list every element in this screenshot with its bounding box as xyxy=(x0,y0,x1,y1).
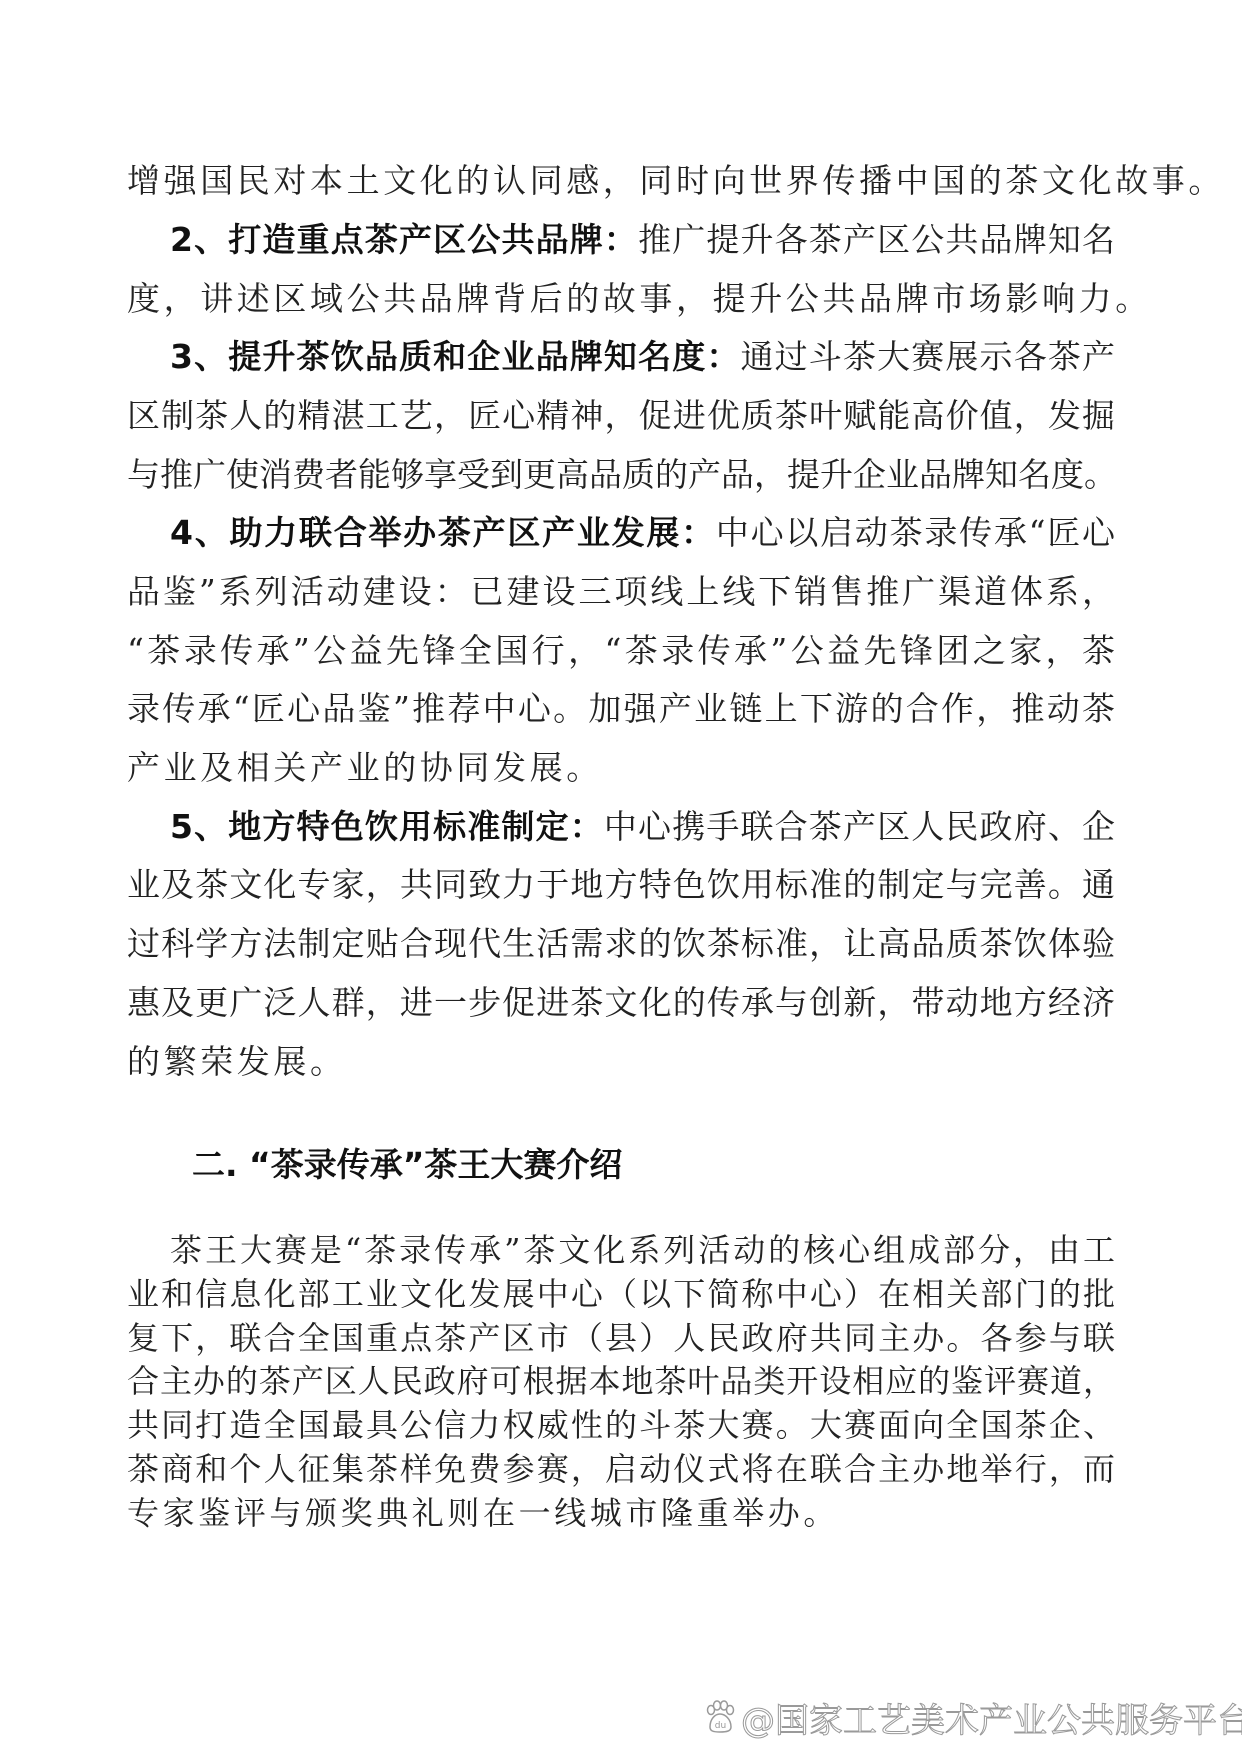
item-text: 中心以启动茶录传承“匠心 xyxy=(716,513,1115,552)
body-line: 与推广使消费者能够享受到更高品质的产品，提升企业品牌知名度。 xyxy=(127,455,1115,495)
body-line: 业和信息化部工业文化发展中心（以下简称中心）在相关部门的批 xyxy=(127,1274,1115,1314)
baidu-paw-icon: du xyxy=(703,1700,737,1734)
item-title: 2、打造重点茶产区公共品牌： xyxy=(170,220,638,259)
document-page: 增强国民对本土文化的认同感，同时向世界传播中国的茶文化故事。 2、打造重点茶产区… xyxy=(0,0,1242,1758)
section-heading: 二. “茶录传承”茶王大赛介绍 xyxy=(192,1143,622,1187)
watermark-text: @国家工艺美术产业公共服务平台 xyxy=(741,1693,1242,1742)
item-text: 推广提升各茶产区公共品牌知名 xyxy=(638,220,1115,259)
list-item-4: 4、助力联合举办茶产区产业发展：中心以启动茶录传承“匠心 xyxy=(170,513,1115,553)
list-item-2: 2、打造重点茶产区公共品牌：推广提升各茶产区公共品牌知名 xyxy=(170,220,1115,260)
item-title: 5、地方特色饮用标准制定： xyxy=(170,807,604,846)
body-line: 茶商和个人征集茶样免费参赛，启动仪式将在联合主办地举行，而 xyxy=(127,1449,1115,1489)
body-line: “茶录传承”公益先锋全国行，“茶录传承”公益先锋团之家，茶 xyxy=(127,631,1115,671)
body-line: 惠及更广泛人群，进一步促进茶文化的传承与创新，带动地方经济 xyxy=(127,983,1115,1023)
body-line: 的繁荣发展。 xyxy=(127,1042,1115,1082)
list-item-3: 3、提升茶饮品质和企业品牌知名度：通过斗茶大赛展示各茶产 xyxy=(170,337,1115,377)
body-line: 增强国民对本土文化的认同感，同时向世界传播中国的茶文化故事。 xyxy=(127,161,1115,201)
body-line: 共同打造全国最具公信力权威性的斗茶大赛。大赛面向全国茶企、 xyxy=(127,1405,1115,1445)
body-line: 品鉴”系列活动建设：已建设三项线上线下销售推广渠道体系， xyxy=(127,572,1115,612)
body-line: 合主办的茶产区人民政府可根据本地茶叶品类开设相应的鉴评赛道， xyxy=(127,1361,1115,1401)
body-line: 度，讲述区域公共品牌背后的故事，提升公共品牌市场影响力。 xyxy=(127,279,1115,319)
body-line: 业及茶文化专家，共同致力于地方特色饮用标准的制定与完善。通 xyxy=(127,865,1115,905)
item-title: 4、助力联合举办茶产区产业发展： xyxy=(170,513,716,552)
item-text: 中心携手联合茶产区人民政府、企 xyxy=(604,807,1115,846)
list-item-5: 5、地方特色饮用标准制定：中心携手联合茶产区人民政府、企 xyxy=(170,807,1115,847)
body-line: 区制茶人的精湛工艺，匠心精神，促进优质茶叶赋能高价值，发掘 xyxy=(127,396,1115,436)
body-line: 茶王大赛是“茶录传承”茶文化系列活动的核心组成部分，由工 xyxy=(170,1230,1115,1270)
body-line: 录传承“匠心品鉴”推荐中心。加强产业链上下游的合作，推动茶 xyxy=(127,689,1115,729)
item-title: 3、提升茶饮品质和企业品牌知名度： xyxy=(170,337,741,376)
body-line: 复下，联合全国重点茶产区市（县）人民政府共同主办。各参与联 xyxy=(127,1318,1115,1358)
svg-text:du: du xyxy=(715,1721,726,1731)
watermark: du @国家工艺美术产业公共服务平台 xyxy=(703,1695,1242,1739)
body-line: 产业及相关产业的协同发展。 xyxy=(127,748,1115,788)
body-line: 过科学方法制定贴合现代生活需求的饮茶标准，让高品质茶饮体验 xyxy=(127,924,1115,964)
body-line: 专家鉴评与颁奖典礼则在一线城市隆重举办。 xyxy=(127,1493,1115,1533)
item-text: 通过斗茶大赛展示各茶产 xyxy=(741,337,1116,376)
